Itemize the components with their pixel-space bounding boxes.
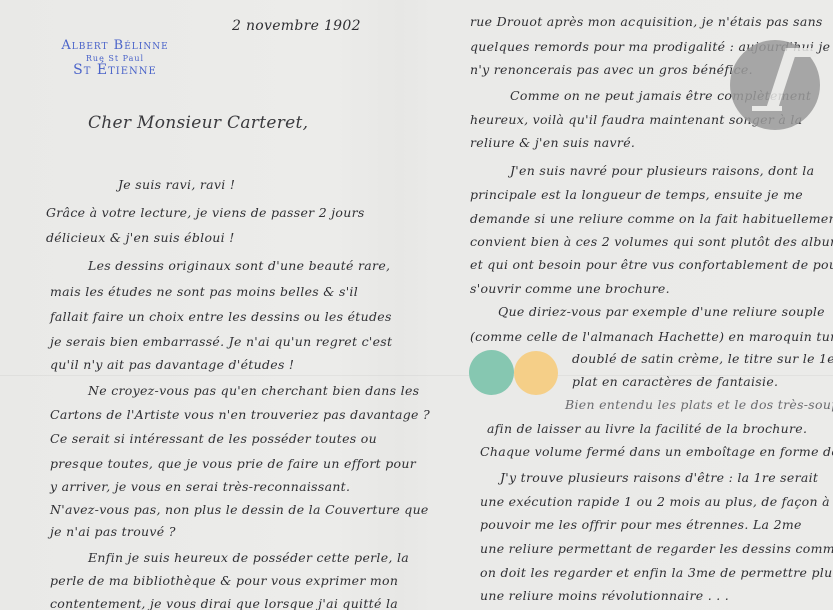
letterhead-city: St Étienne bbox=[40, 62, 190, 78]
text-line: Enfin je suis heureux de posséder cette … bbox=[88, 550, 409, 565]
text-line: Chaque volume fermé dans un emboîtage en… bbox=[480, 444, 833, 459]
text-line: J'y trouve plusieurs raisons d'être : la… bbox=[500, 470, 818, 485]
text-line: Les dessins originaux sont d'une beauté … bbox=[88, 258, 390, 273]
text-line: pouvoir me les offrir pour mes étrennes.… bbox=[480, 517, 802, 532]
text-line: mais les études ne sont pas moins belles… bbox=[50, 284, 358, 299]
text-line: on doit les regarder et enfin la 3me de … bbox=[480, 565, 833, 580]
text-line: n'y renoncerais pas avec un gros bénéfic… bbox=[470, 62, 753, 77]
creme-swatch bbox=[514, 351, 558, 395]
text-line: afin de laisser au livre la facilité de … bbox=[487, 421, 807, 436]
letterhead-name: Albert Bélinne bbox=[40, 38, 190, 53]
text-line: rue Drouot après mon acquisition, je n'é… bbox=[470, 14, 823, 29]
text-line: contentement, je vous dirai que lorsque … bbox=[50, 596, 398, 610]
text-line: une exécution rapide 1 ou 2 mois au plus… bbox=[480, 494, 830, 509]
text-line: doublé de satin crème, le titre sur le 1… bbox=[572, 351, 833, 366]
text-line: fallait faire un choix entre les dessins… bbox=[50, 309, 392, 324]
text-line: reliure & j'en suis navré. bbox=[470, 135, 635, 150]
text-line: (comme celle de l'almanach Hachette) en … bbox=[470, 329, 833, 344]
letter-date: 2 novembre 1902 bbox=[232, 18, 361, 34]
text-line: s'ouvrir comme une brochure. bbox=[470, 281, 670, 296]
turquoise-swatch bbox=[469, 350, 514, 395]
text-line: une reliure permettant de regarder les d… bbox=[480, 541, 833, 556]
text-line: qu'il n'y ait pas davantage d'études ! bbox=[50, 357, 294, 372]
text-line: plat en caractères de fantaisie. bbox=[572, 374, 778, 389]
text-line: délicieux & j'en suis ébloui ! bbox=[46, 230, 235, 245]
text-line: demande si une reliure comme on la fait … bbox=[470, 211, 833, 226]
text-line: Je suis ravi, ravi ! bbox=[118, 177, 235, 192]
auction-house-logo-icon bbox=[730, 40, 820, 130]
text-line: principale est la longueur de temps, ens… bbox=[470, 187, 803, 202]
text-line: perle de ma bibliothèque & pour vous exp… bbox=[50, 573, 398, 588]
text-line: et qui ont besoin pour être vus conforta… bbox=[470, 257, 833, 272]
text-line: presque toutes, que je vous prie de fair… bbox=[50, 456, 416, 471]
text-line: y arriver, je vous en serai très-reconna… bbox=[50, 479, 350, 494]
text-line: une reliure moins révolutionnaire . . . bbox=[480, 588, 729, 603]
text-line: Bien entendu les plats et le dos très-so… bbox=[565, 397, 833, 412]
letter-sheet: Albert Bélinne Rue St Paul St Étienne 2 … bbox=[0, 0, 833, 610]
letterhead: Albert Bélinne Rue St Paul St Étienne bbox=[40, 38, 190, 78]
text-line: je serais bien embarrassé. Je n'ai qu'un… bbox=[50, 334, 392, 349]
text-line: Ce serait si intéressant de les posséder… bbox=[50, 431, 377, 446]
text-line: Que diriez-vous par exemple d'une reliur… bbox=[498, 304, 825, 319]
text-line: Cartons de l'Artiste vous n'en trouverie… bbox=[50, 407, 430, 422]
text-line: J'en suis navré pour plusieurs raisons, … bbox=[510, 163, 814, 178]
text-line: convient bien à ces 2 volumes qui sont p… bbox=[470, 234, 833, 249]
text-line: je n'ai pas trouvé ? bbox=[50, 524, 176, 539]
text-line: Grâce à votre lecture, je viens de passe… bbox=[46, 205, 365, 220]
text-line: Ne croyez-vous pas qu'en cherchant bien … bbox=[88, 383, 419, 398]
salutation: Cher Monsieur Carteret, bbox=[88, 113, 308, 133]
text-line: N'avez-vous pas, non plus le dessin de l… bbox=[50, 502, 429, 517]
